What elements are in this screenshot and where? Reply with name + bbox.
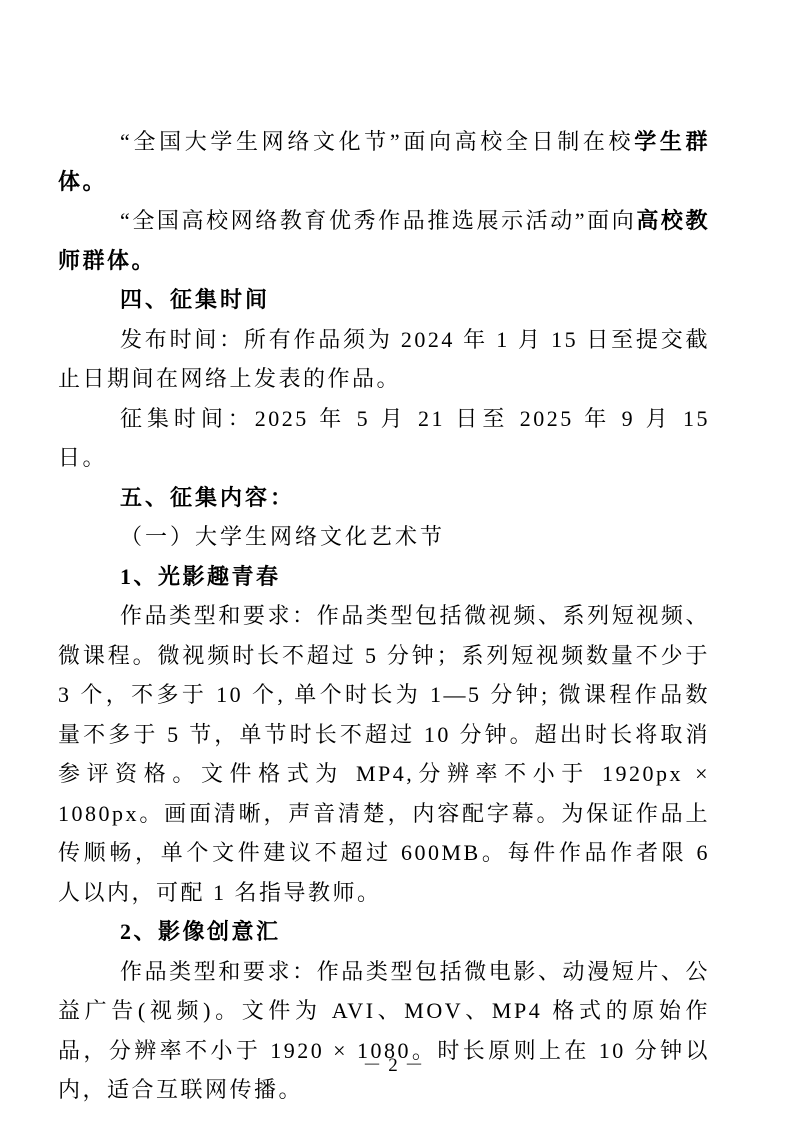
- paragraph-teacher-scope-text: “全国高校网络教育优秀作品推选展示活动”面向: [120, 208, 636, 233]
- document-page: “全国大学生网络文化节”面向高校全日制在校学生群体。 “全国高校网络教育优秀作品…: [0, 0, 787, 1128]
- paragraph-teacher-scope: “全国高校网络教育优秀作品推选展示活动”面向高校教师群体。: [58, 201, 710, 280]
- paragraph-item-2-requirements: 作品类型和要求：作品类型包括微电影、动漫短片、公益广告(视频)。文件为 AVI、…: [58, 952, 710, 1110]
- paragraph-student-scope: “全国大学生网络文化节”面向高校全日制在校学生群体。: [58, 122, 710, 201]
- heading-subsection-one: （一）大学生网络文化艺术节: [58, 517, 710, 557]
- heading-item-1: 1、光影趣青春: [58, 557, 710, 597]
- heading-section-four: 四、征集时间: [58, 280, 710, 320]
- paragraph-student-scope-text: “全国大学生网络文化节”面向高校全日制在校: [120, 129, 634, 154]
- paragraph-item-1-requirements: 作品类型和要求：作品类型包括微视频、系列短视频、微课程。微视频时长不超过 5 分…: [58, 596, 710, 912]
- paragraph-publish-time: 发布时间：所有作品须为 2024 年 1 月 15 日至提交截止日期间在网络上发…: [58, 320, 710, 399]
- paragraph-collect-time: 征集时间：2025 年 5 月 21 日至 2025 年 9 月 15 日。: [58, 399, 710, 478]
- page-number: － 2 －: [0, 1050, 787, 1077]
- document-body: “全国大学生网络文化节”面向高校全日制在校学生群体。 “全国高校网络教育优秀作品…: [58, 122, 710, 1110]
- heading-item-2: 2、影像创意汇: [58, 912, 710, 952]
- heading-section-five: 五、征集内容：: [58, 478, 710, 518]
